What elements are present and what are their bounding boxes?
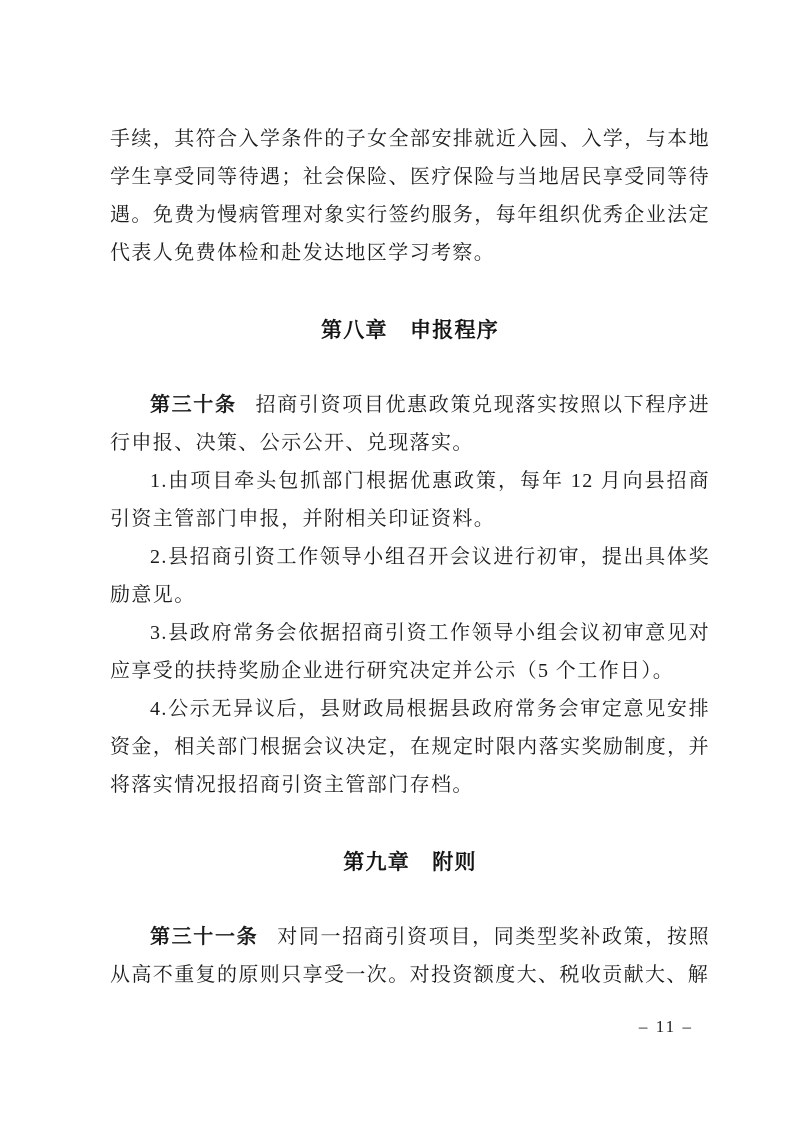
chapter-8-heading: 第八章 申报程序 [110, 312, 710, 350]
chapter-9-heading: 第九章 附则 [110, 844, 710, 882]
procedure-step-4: 4.公示无异议后，县财政局根据县政府常务会审定意见安排资金，相关部门根据会议决定… [110, 690, 710, 804]
paragraph-continuation: 手续，其符合入学条件的子女全部安排就近入园、入学，与本地学生享受同等待遇；社会保… [110, 120, 710, 272]
procedure-step-2: 2.县招商引资工作领导小组召开会议进行初审，提出具体奖励意见。 [110, 538, 710, 614]
procedure-step-3: 3.县政府常务会依据招商引资工作领导小组会议初审意见对应享受的扶持奖励企业进行研… [110, 614, 710, 690]
page-number: – 11 – [639, 1014, 693, 1040]
article-31-label: 第三十一条 [150, 926, 258, 948]
document-page: 手续，其符合入学条件的子女全部安排就近入园、入学，与本地学生享受同等待遇；社会保… [0, 0, 793, 1122]
article-30-label: 第三十条 [150, 394, 237, 416]
article-30-paragraph: 第三十条招商引资项目优惠政策兑现落实按照以下程序进行申报、决策、公示公开、兑现落… [110, 386, 710, 462]
article-31-paragraph: 第三十一条对同一招商引资项目，同类型奖补政策，按照从高不重复的原则只享受一次。对… [110, 918, 710, 994]
procedure-step-1: 1.由项目牵头包抓部门根据优惠政策，每年 12 月向县招商引资主管部门申报，并附… [110, 462, 710, 538]
